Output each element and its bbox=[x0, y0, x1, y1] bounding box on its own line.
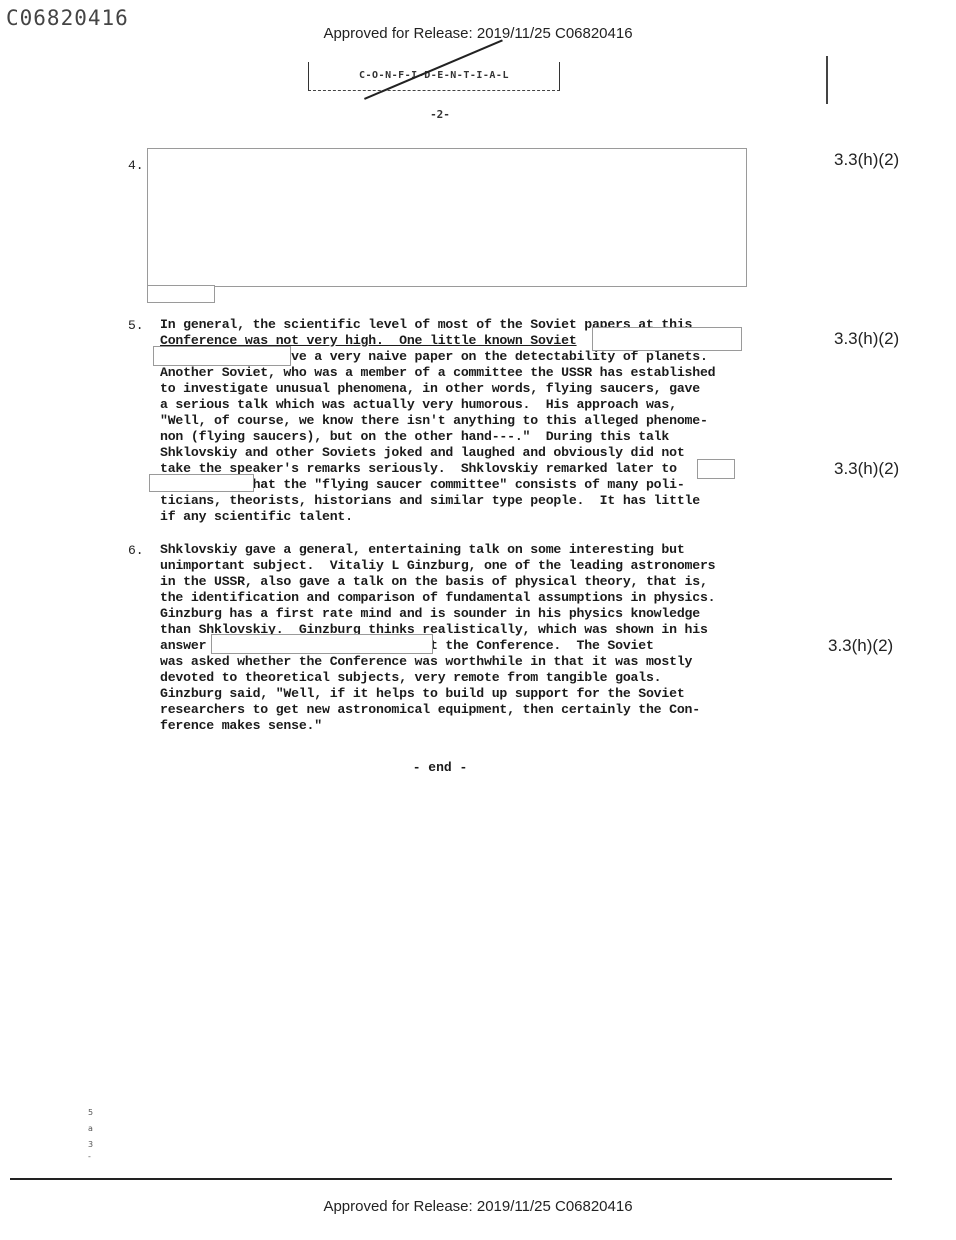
redaction-box-para5-3 bbox=[697, 459, 735, 479]
para6-line-5: Ginzburg has a first rate mind and is so… bbox=[160, 606, 700, 622]
end-marker: - end - bbox=[0, 760, 880, 775]
exemption-code: 3.3(h)(2) bbox=[834, 329, 899, 349]
margin-mark: 3 bbox=[88, 1140, 93, 1149]
para6-line-10: Ginzburg said, "Well, if it helps to bui… bbox=[160, 686, 685, 702]
para5-line-5: to investigate unusual phenomena, in oth… bbox=[160, 381, 700, 397]
para5-line-12: ticians, theorists, historians and simil… bbox=[160, 493, 700, 509]
release-stamp-top: Approved for Release: 2019/11/25 C068204… bbox=[0, 25, 956, 42]
para6-line-8: was asked whether the Conference was wor… bbox=[160, 654, 692, 670]
para6-line-4: the identification and comparison of fun… bbox=[160, 590, 715, 606]
redaction-box-para5-4 bbox=[149, 474, 254, 492]
para6-line-11: researchers to get new astronomical equi… bbox=[160, 702, 700, 718]
para6-line-1: Shklovskiy gave a general, entertaining … bbox=[160, 542, 685, 558]
para5-line-9: Shklovskiy and other Soviets joked and l… bbox=[160, 445, 685, 461]
classification-box: C-O-N-F-I-D-E-N-T-I-A-L bbox=[308, 62, 560, 91]
margin-rule bbox=[826, 56, 828, 104]
para5-line-7: "Well, of course, we know there isn't an… bbox=[160, 413, 708, 429]
exemption-code: 3.3(h)(2) bbox=[834, 459, 899, 479]
margin-mark: a bbox=[88, 1124, 93, 1133]
para6-line-9: devoted to theoretical subjects, very re… bbox=[160, 670, 661, 686]
para6-line-12: ference makes sense." bbox=[160, 718, 322, 734]
redaction-box-para4-tail bbox=[147, 285, 215, 303]
redaction-box-para4 bbox=[147, 148, 747, 287]
para5-line-4: Another Soviet, who was a member of a co… bbox=[160, 365, 715, 381]
margin-mark: - bbox=[88, 1152, 91, 1161]
classification-marking: C-O-N-F-I-D-E-N-T-I-A-L bbox=[309, 70, 559, 81]
para5-line-13: if any scientific talent. bbox=[160, 509, 353, 525]
para6-line-3: in the USSR, also gave a talk on the bas… bbox=[160, 574, 708, 590]
para6-line-2: unimportant subject. Vitaliy L Ginzburg,… bbox=[160, 558, 715, 574]
para5-line-6: a serious talk which was actually very h… bbox=[160, 397, 677, 413]
release-stamp-bottom: Approved for Release: 2019/11/25 C068204… bbox=[0, 1198, 956, 1215]
redaction-box-para5-2 bbox=[153, 346, 291, 366]
paragraph-4-number: 4. bbox=[128, 158, 144, 173]
exemption-code: 3.3(h)(2) bbox=[828, 636, 893, 656]
redaction-box-para5-1 bbox=[592, 327, 742, 351]
para5-line-8: non (flying saucers), but on the other h… bbox=[160, 429, 669, 445]
redaction-box-para6 bbox=[211, 634, 433, 654]
page-number: -2- bbox=[0, 108, 880, 121]
paragraph-5-number: 5. bbox=[128, 318, 144, 333]
margin-mark: 5 bbox=[88, 1108, 93, 1117]
exemption-code: 3.3(h)(2) bbox=[834, 150, 899, 170]
footer-rule bbox=[10, 1178, 892, 1180]
paragraph-6-number: 6. bbox=[128, 543, 144, 558]
